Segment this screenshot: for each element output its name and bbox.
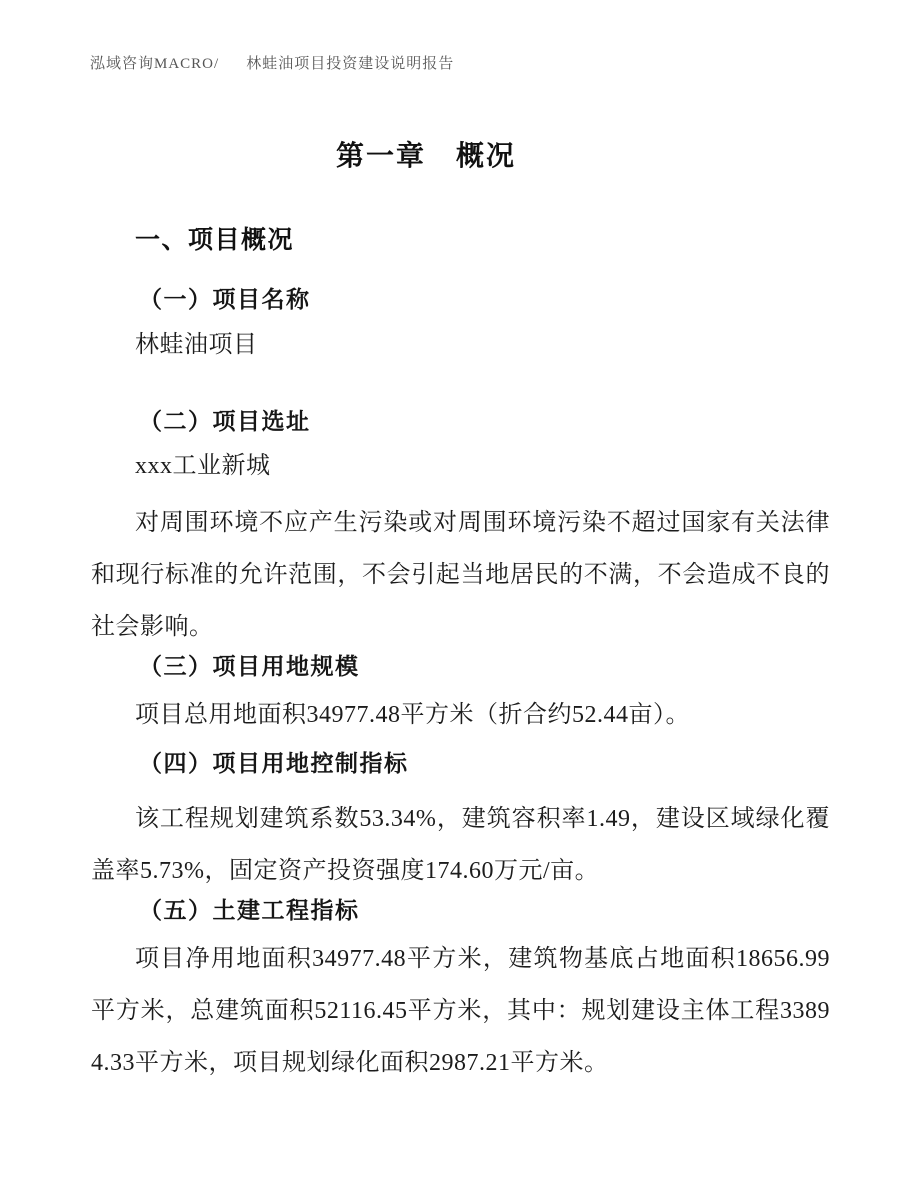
paragraph-environment-statement: 对周围环境不应产生污染或对周围环境污染不超过国家有关法律和现行标准的允许范围，不… [91, 497, 830, 653]
document-page: 泓域咨询MACRO/ 林蛙油项目投资建设说明报告 第一章 概况 一、项目概况 （… [0, 0, 920, 1191]
paragraph-land-scale: 项目总用地面积34977.48平方米（折合约52.44亩）。 [91, 689, 830, 741]
sub-heading-project-name: （一）项目名称 [139, 281, 311, 314]
sub-heading-land-control-index: （四）项目用地控制指标 [139, 745, 409, 778]
sub-heading-project-site: （二）项目选址 [139, 403, 311, 436]
sub-heading-civil-engineering-index: （五）土建工程指标 [139, 892, 360, 925]
section-heading-project-overview: 一、项目概况 [135, 220, 294, 256]
header-brand: 泓域咨询MACRO/ [90, 52, 219, 73]
sub-heading-land-scale: （三）项目用地规模 [139, 648, 360, 681]
chapter-title: 第一章 概况 [0, 134, 852, 174]
paragraph-civil-engineering-index: 项目净用地面积34977.48平方米，建筑物基底占地面积18656.99平方米，… [91, 933, 830, 1089]
header-doc-title: 林蛙油项目投资建设说明报告 [246, 52, 454, 73]
paragraph-project-site: xxx工业新城 [91, 440, 830, 492]
paragraph-project-name: 林蛙油项目 [91, 319, 830, 371]
running-header: 泓域咨询MACRO/ 林蛙油项目投资建设说明报告 [90, 52, 454, 73]
paragraph-land-control-index: 该工程规划建筑系数53.34%，建筑容积率1.49，建设区域绿化覆盖率5.73%… [91, 793, 830, 897]
